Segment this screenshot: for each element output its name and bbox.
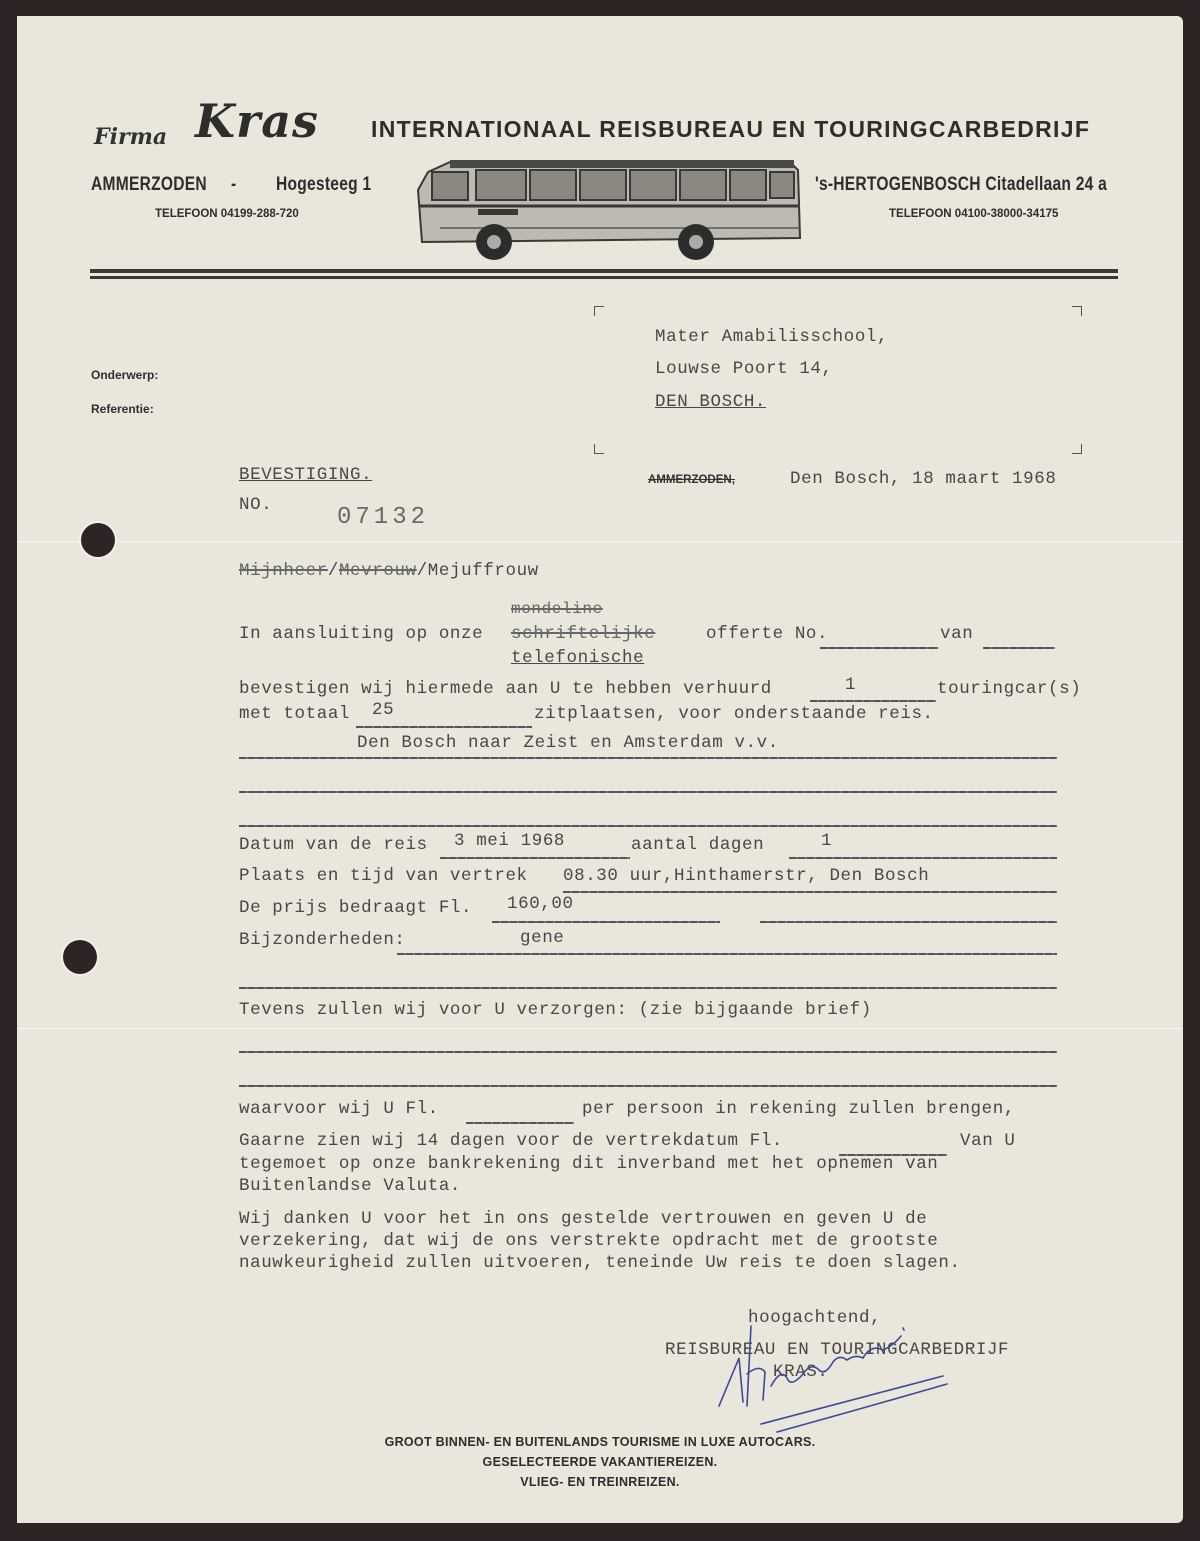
thanks-line-3: nauwkeurigheid zullen uitvoeren, teneind… [239, 1253, 961, 1273]
thanks-line-2: verzekering, dat wij de ons verstrekte o… [239, 1231, 938, 1251]
option-struck-2: schriftelijke [511, 624, 655, 644]
salutation-struck-2: Mevrouw [339, 561, 417, 581]
total-prefix: met totaal [239, 704, 350, 724]
letterhead-firma: Firma [94, 124, 167, 150]
footer-line-2: GESELECTEERDE VAKANTIEREIZEN. [17, 1455, 1183, 1469]
salutation-sep-2: / [417, 561, 428, 581]
letterhead-title: INTERNATIONAAL REISBUREAU EN TOURINGCARB… [371, 116, 1090, 143]
details-value[interactable]: gene [520, 928, 564, 948]
paper-fold [17, 541, 1183, 542]
dateline-place-date: Den Bosch, 18 maart 1968 [790, 469, 1056, 489]
date-value[interactable]: 3 mei 1968 [454, 831, 565, 851]
footer-line-3: VLIEG- EN TREINREIZEN. [17, 1475, 1183, 1489]
punch-hole-top [81, 523, 115, 557]
num-cars-field [810, 700, 936, 702]
punch-hole-bottom [63, 940, 97, 974]
extra-line-1 [239, 1051, 1057, 1053]
window-corner-br [1072, 444, 1082, 454]
offerte-date-field[interactable] [983, 647, 1055, 649]
option-struck-1: mondeline [511, 600, 603, 618]
salutation-struck-1: Mijnheer [239, 561, 328, 581]
per-person-suffix: per persoon in rekening zullen brengen, [582, 1099, 1015, 1119]
days-value[interactable]: 1 [821, 831, 832, 851]
letterhead-left-sep: - [231, 174, 236, 196]
recipient-line-3: DEN BOSCH. [655, 392, 766, 412]
price-field [492, 921, 720, 923]
num-seats[interactable]: 25 [372, 700, 394, 720]
details-line-2 [239, 987, 1057, 989]
deposit-line-2: tegemoet op onze bankrekening dit inverb… [239, 1154, 938, 1174]
window-corner-tr [1072, 306, 1082, 316]
days-label: aantal dagen [631, 835, 764, 855]
window-corner-tl [594, 306, 604, 316]
num-cars[interactable]: 1 [845, 675, 856, 695]
extra-label: Tevens zullen wij voor U verzorgen: (zie… [239, 1000, 872, 1020]
letterhead-left-street: Hogesteeg 1 [276, 174, 371, 196]
confirm-prefix: bevestigen wij hiermede aan U te hebben … [239, 679, 772, 699]
date-label: Datum van de reis [239, 835, 428, 855]
trip-line-3 [239, 825, 1057, 827]
price-extra-field [760, 921, 1057, 923]
letterhead-brand-logo: Kras [195, 94, 319, 148]
price-value[interactable]: 160,00 [507, 894, 574, 914]
departure-label: Plaats en tijd van vertrek [239, 866, 528, 886]
days-field [789, 857, 1057, 859]
trip-line-2 [239, 791, 1057, 793]
date-field [440, 857, 630, 859]
window-corner-bl [594, 444, 604, 454]
letterhead-right-phone: TELEFOON 04100-38000-34175 [889, 208, 1058, 220]
departure-field [563, 891, 1057, 893]
bus-illustration-icon [410, 150, 802, 262]
salutation-sep: / [328, 561, 339, 581]
document-no-label: NO. [239, 495, 272, 515]
seats-suffix: zitplaatsen, voor onderstaande reis. [534, 704, 934, 724]
recipient-line-2: Louwse Poort 14, [655, 359, 833, 379]
thanks-line-1: Wij danken U voor het in ons gestelde ve… [239, 1209, 927, 1229]
recipient-line-1: Mater Amabilisschool, [655, 327, 888, 347]
trip-description[interactable]: Den Bosch naar Zeist en Amsterdam v.v. [357, 733, 779, 753]
deposit-line-1-prefix: Gaarne zien wij 14 dagen voor de vertrek… [239, 1131, 783, 1151]
letterhead-rule-top [90, 269, 1118, 273]
footer-line-1: GROOT BINNEN- EN BUITENLANDS TOURISME IN… [17, 1435, 1183, 1449]
offerte-number-field[interactable] [820, 647, 938, 649]
signature-icon [707, 1314, 967, 1454]
deposit-line-1-suffix: Van U [960, 1131, 1016, 1151]
letterhead-left-phone: TELEFOON 04199-288-720 [155, 208, 299, 220]
trip-line-1 [239, 757, 1057, 759]
document-title: BEVESTIGING. [239, 465, 372, 485]
per-person-prefix: waarvoor wij U Fl. [239, 1099, 439, 1119]
letter-page: Firma Kras INTERNATIONAAL REISBUREAU EN … [17, 16, 1183, 1523]
letterhead-rule-bottom [90, 276, 1118, 279]
onderwerp-label: Onderwerp: [91, 368, 158, 382]
extra-line-2 [239, 1085, 1057, 1087]
option-active: telefonische [511, 648, 644, 668]
letterhead-right-address: 's-HERTOGENBOSCH Citadellaan 24 a [815, 174, 1107, 196]
deposit-line-3: Buitenlandse Valuta. [239, 1176, 461, 1196]
cars-suffix: touringcar(s) [937, 679, 1081, 699]
details-field [397, 953, 1057, 955]
salutation: Mijnheer/Mevrouw/Mejuffrouw [239, 561, 539, 581]
details-label: Bijzonderheden: [239, 930, 406, 950]
offerte-label: offerte No. [706, 624, 828, 644]
paper-fold-2 [17, 1028, 1183, 1029]
departure-value[interactable]: 08.30 uur,Hinthamerstr, Den Bosch [563, 866, 929, 886]
salutation-active: Mejuffrouw [428, 561, 539, 581]
van-label: van [940, 624, 973, 644]
offerte-prefix: In aansluiting op onze [239, 624, 483, 644]
per-person-field[interactable] [466, 1122, 574, 1124]
referentie-label: Referentie: [91, 402, 154, 416]
letterhead-left-city: AMMERZODEN [91, 174, 207, 196]
price-label: De prijs bedraagt Fl. [239, 898, 472, 918]
document-number: 07132 [337, 504, 429, 531]
num-seats-field [356, 726, 532, 728]
dateline-struck-place: AMMERZODEN, [648, 474, 735, 486]
